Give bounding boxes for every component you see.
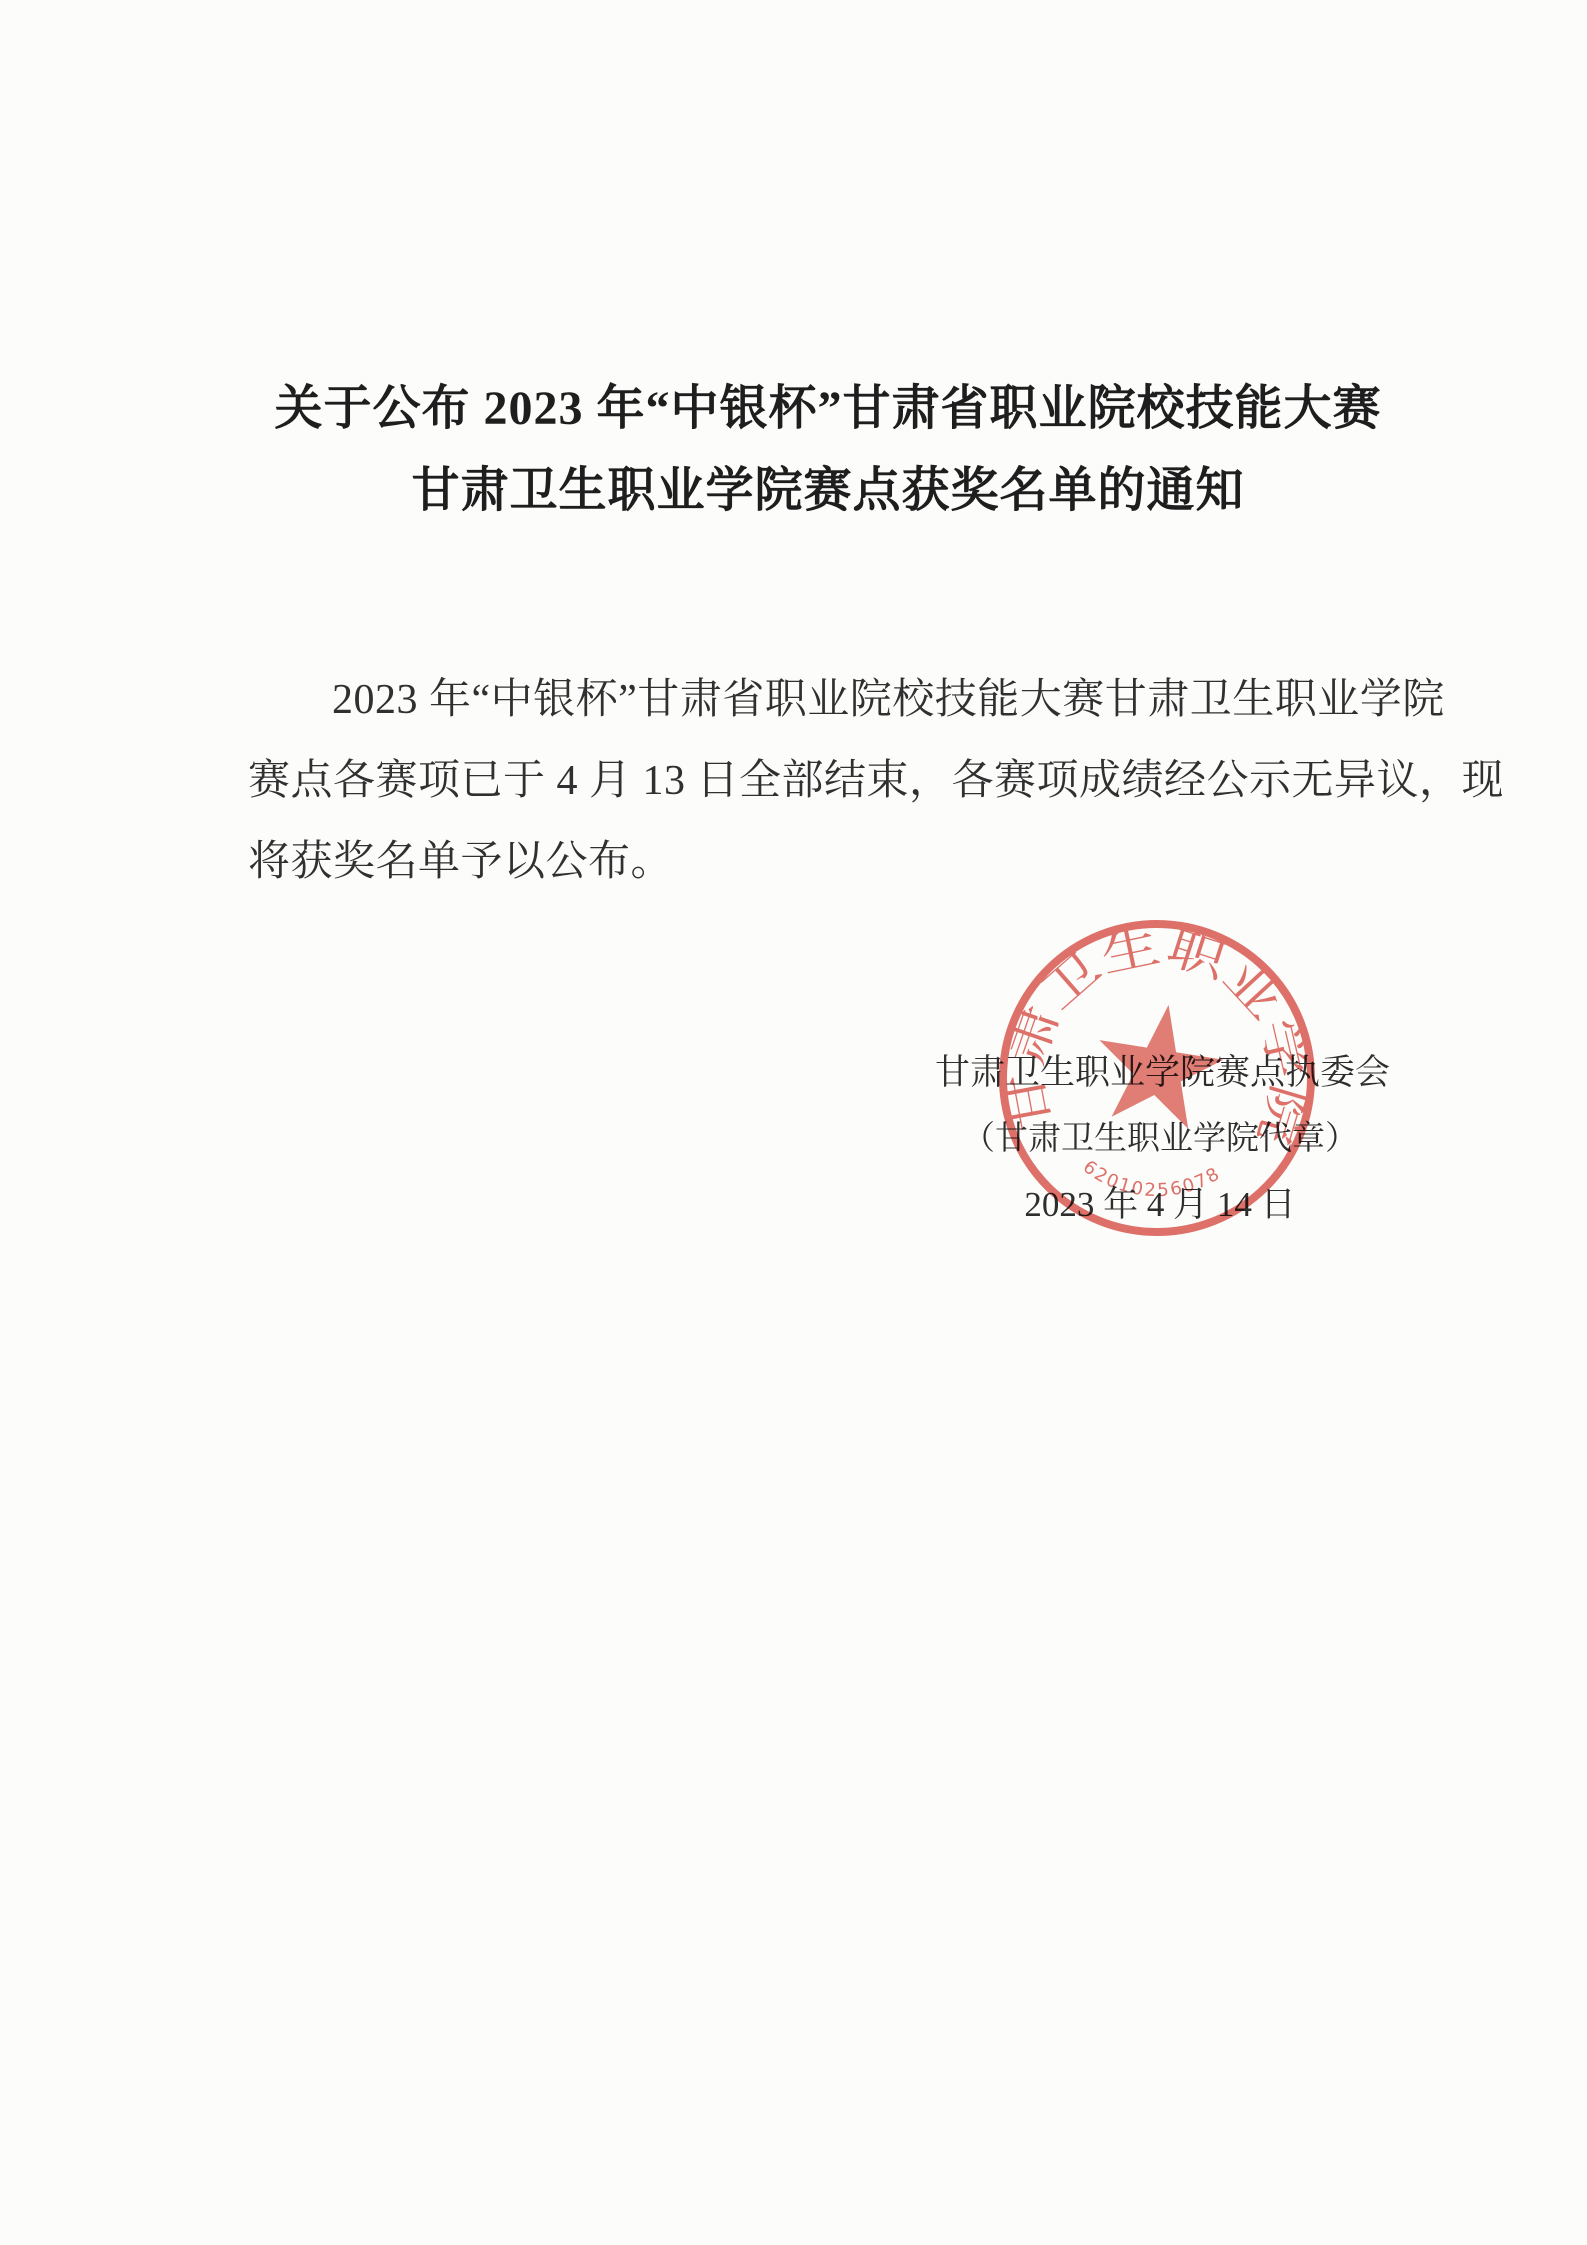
scanned-notice-page: 关于公布 2023 年“中银杯”甘肃省职业院校技能大赛 甘肃卫生职业学院赛点获奖…	[0, 0, 1587, 2245]
body-line-3: 将获奖名单予以公布。	[248, 822, 1408, 903]
signature-block: 甘肃卫生职业学院赛点执委会 （甘肃卫生职业学院代章） 2023 年 4 月 14…	[935, 1040, 1385, 1238]
notice-title-line-2: 甘肃卫生职业学院赛点获奖名单的通知	[248, 450, 1408, 532]
notice-title-line-1: 关于公布 2023 年“中银杯”甘肃省职业院校技能大赛	[248, 368, 1408, 450]
notice-title: 关于公布 2023 年“中银杯”甘肃省职业院校技能大赛 甘肃卫生职业学院赛点获奖…	[248, 368, 1408, 532]
signature-on-behalf: （甘肃卫生职业学院代章）	[935, 1106, 1385, 1172]
body-line-2: 赛点各赛项已于 4 月 13 日全部结束，各赛项成绩经公示无异议，现	[248, 741, 1408, 822]
signature-date: 2023 年 4 月 14 日	[935, 1172, 1385, 1238]
signature-committee: 甘肃卫生职业学院赛点执委会	[935, 1040, 1385, 1106]
body-line-1: 2023 年“中银杯”甘肃省职业院校技能大赛甘肃卫生职业学院	[248, 660, 1408, 741]
notice-body: 2023 年“中银杯”甘肃省职业院校技能大赛甘肃卫生职业学院 赛点各赛项已于 4…	[248, 660, 1408, 903]
